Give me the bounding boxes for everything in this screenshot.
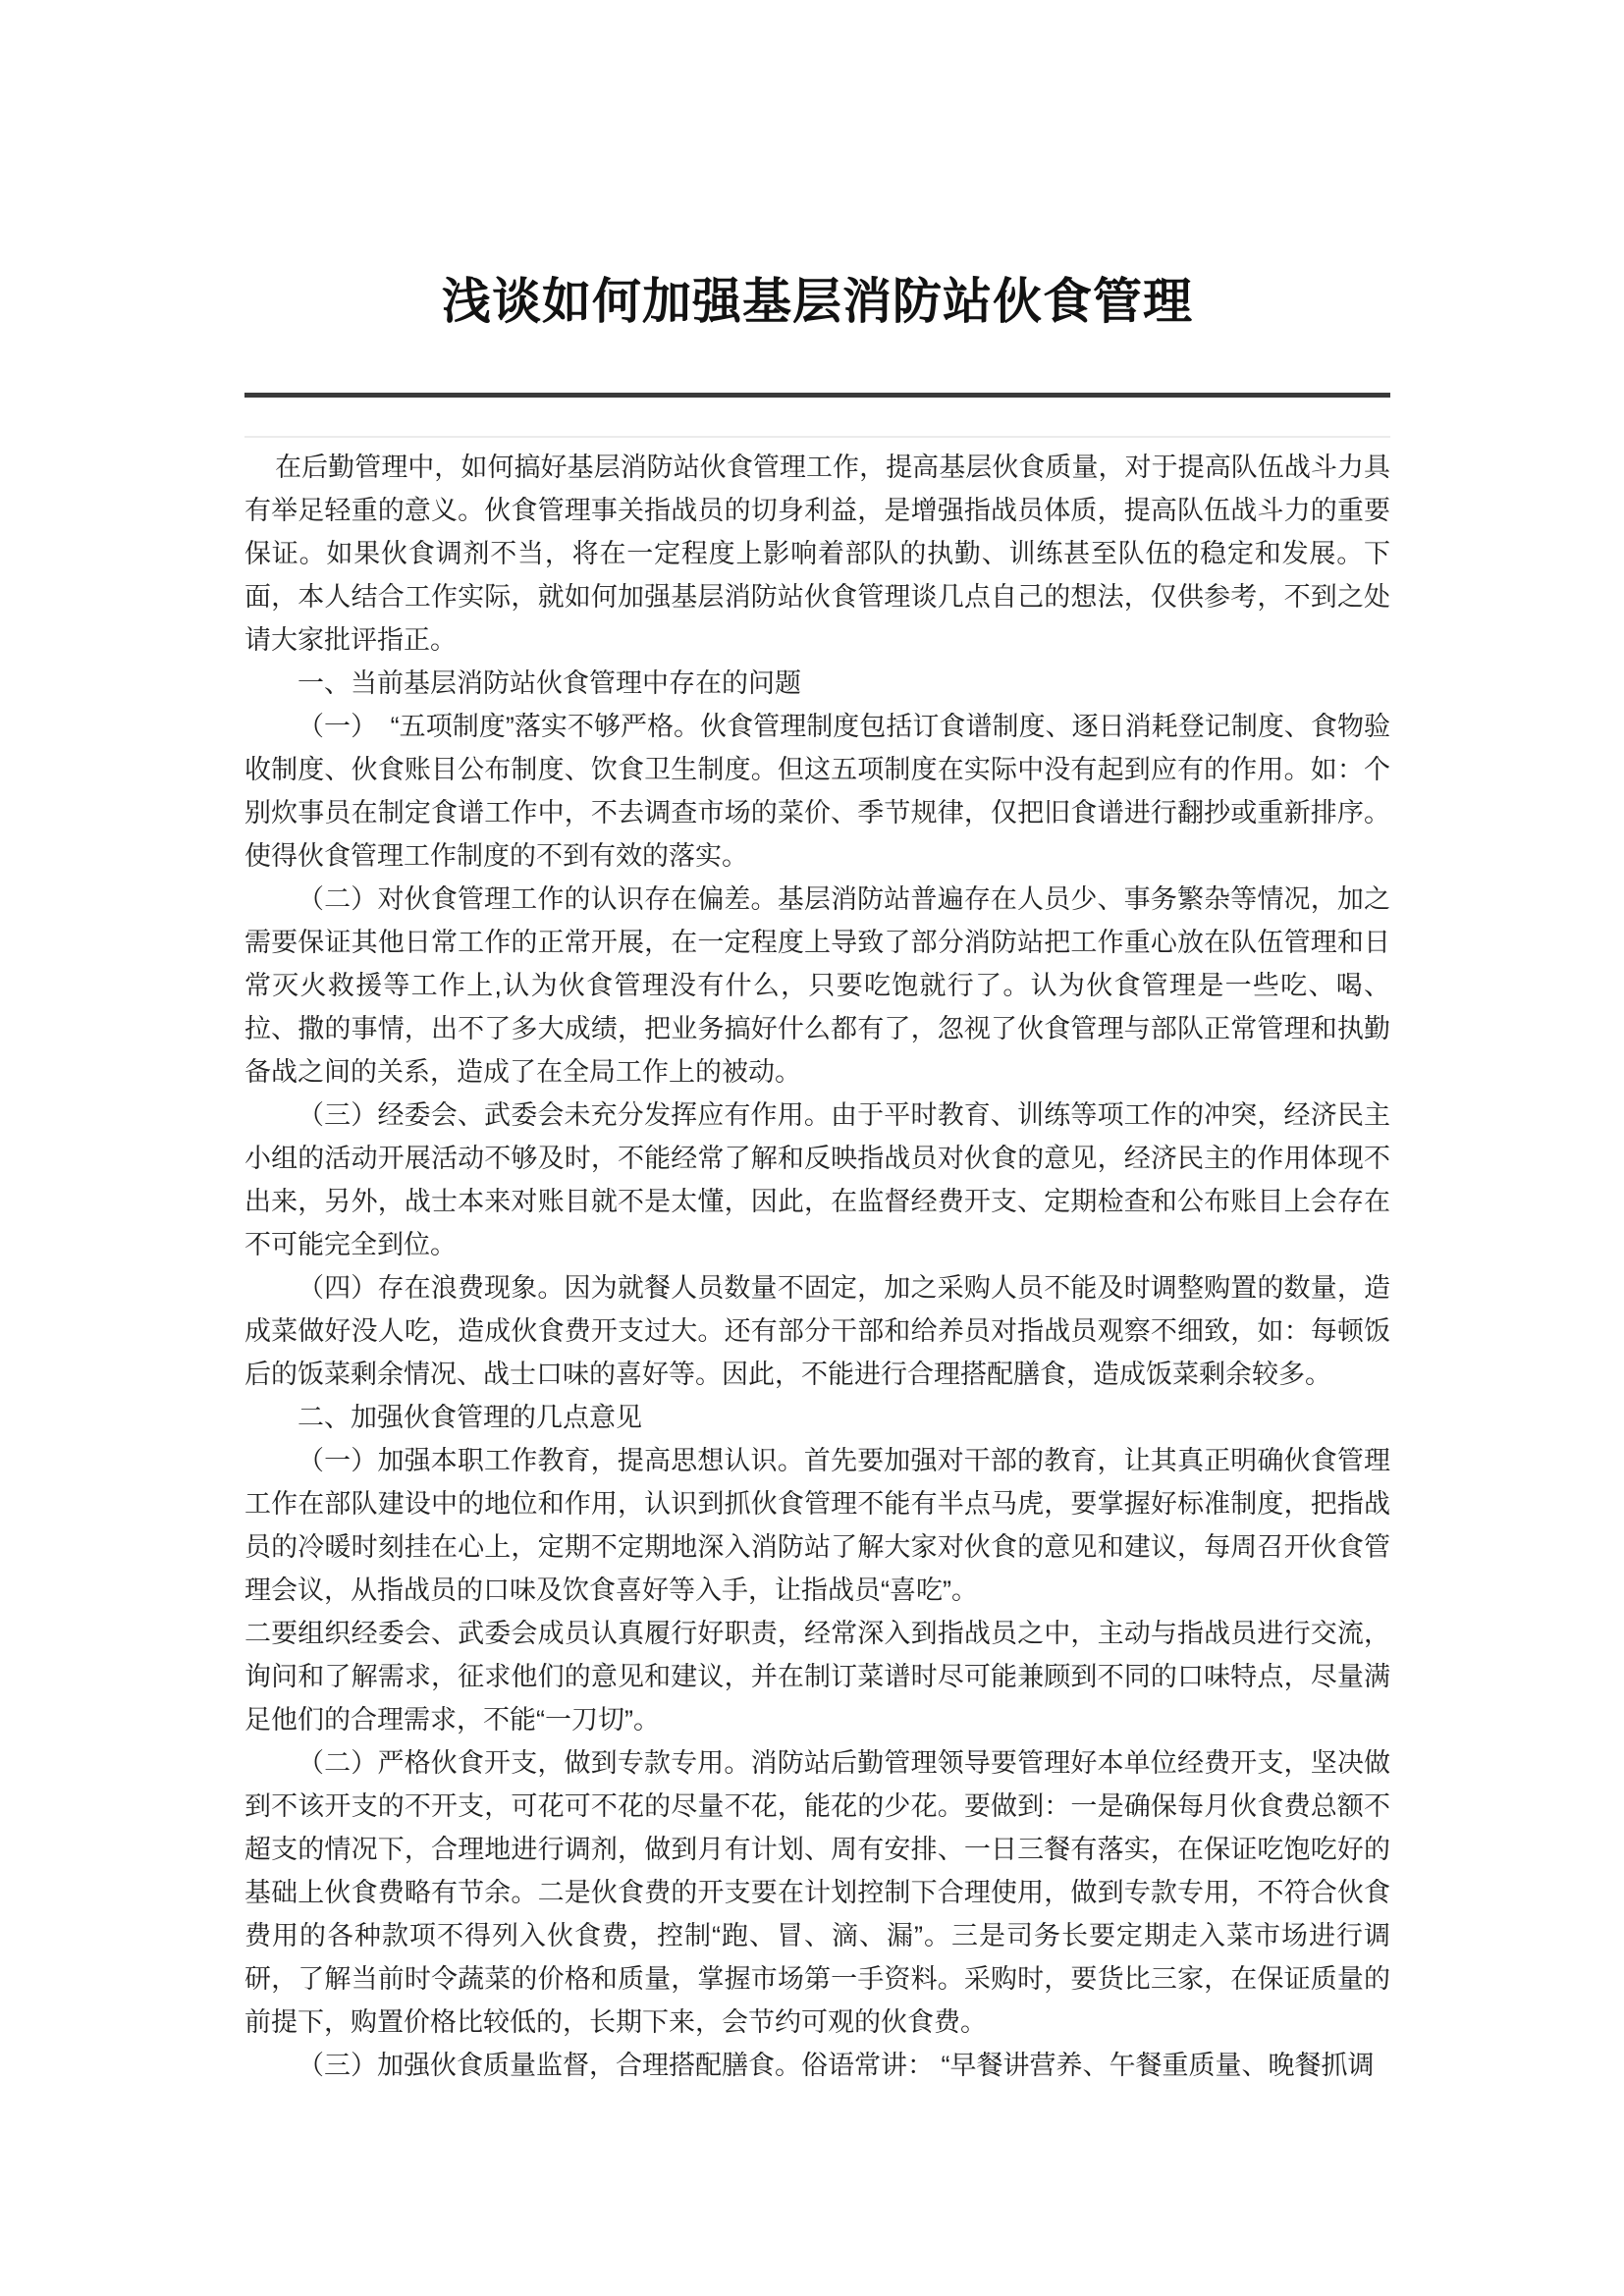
document-title: 浅谈如何加强基层消防站伙食管理 [244, 0, 1390, 332]
paragraph-intro: 在后勤管理中，如何搞好基层消防站伙食管理工作，提高基层伙食质量，对于提高队伍战斗… [244, 446, 1390, 662]
paragraph-sec1-item1: （一） “五项制度”落实不够严格。伙食管理制度包括订食谱制度、逐日消耗登记制度、… [244, 705, 1390, 878]
document-page: { "colors": { "page_background": "#fffff… [0, 0, 1624, 2296]
paragraph-sec2-item1-cont: 二要组织经委会、武委会成员认真履行好职责，经常深入到指战员之中，主动与指战员进行… [244, 1612, 1390, 1741]
title-divider-dark [244, 393, 1390, 398]
document-body: 在后勤管理中，如何搞好基层消防站伙食管理工作，提高基层伙食质量，对于提高队伍战斗… [244, 446, 1390, 2087]
paragraph-sec1-item4: （四）存在浪费现象。因为就餐人员数量不固定，加之采购人员不能及时调整购置的数量，… [244, 1266, 1390, 1396]
paragraph-sec2-item2: （二）严格伙食开支，做到专款专用。消防站后勤管理领导要管理好本单位经费开支，坚决… [244, 1741, 1390, 2044]
paragraph-sec2-item1: （一）加强本职工作教育，提高思想认识。首先要加强对干部的教育，让其真正明确伙食管… [244, 1439, 1390, 1612]
heading-section-1: 一、当前基层消防站伙食管理中存在的问题 [244, 662, 1390, 705]
paragraph-sec1-item3: （三）经委会、武委会未充分发挥应有作用。由于平时教育、训练等项工作的冲突，经济民… [244, 1094, 1390, 1266]
heading-section-2: 二、加强伙食管理的几点意见 [244, 1396, 1390, 1439]
title-divider-light [244, 436, 1390, 438]
paragraph-sec2-item3: （三）加强伙食质量监督，合理搭配膳食。俗语常讲： “早餐讲营养、午餐重质量、晚餐… [244, 2044, 1390, 2087]
document-content: 浅谈如何加强基层消防站伙食管理 在后勤管理中，如何搞好基层消防站伙食管理工作，提… [244, 0, 1390, 2087]
paragraph-sec1-item2: （二）对伙食管理工作的认识存在偏差。基层消防站普遍存在人员少、事务繁杂等情况，加… [244, 878, 1390, 1094]
